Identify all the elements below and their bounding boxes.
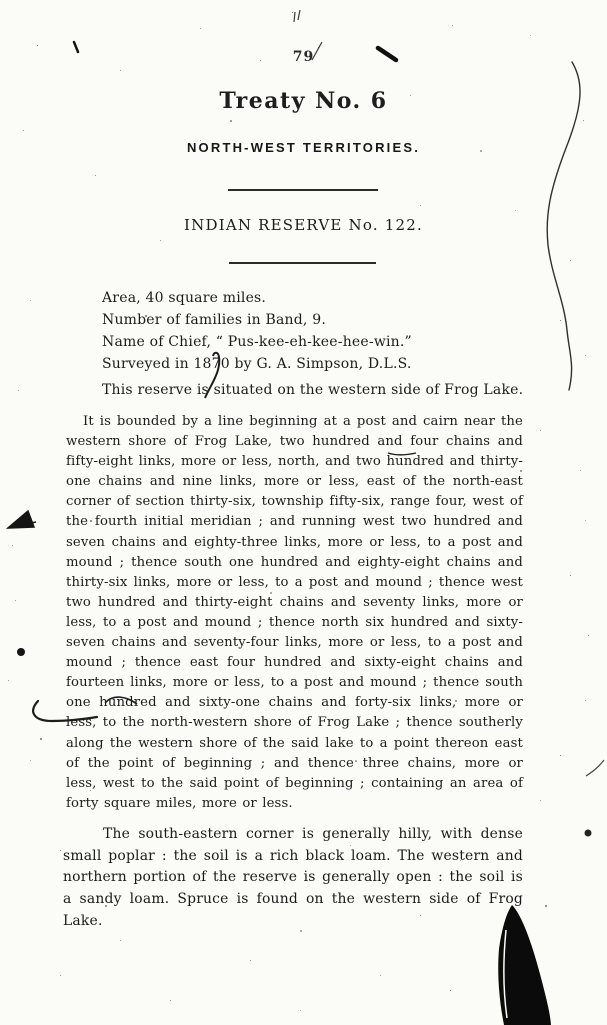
- reserve-details: Area, 40 square miles. Number of familie…: [102, 287, 412, 375]
- section-heading: INDIAN RESERVE No. 122.: [0, 216, 607, 234]
- detail-families: Number of families in Band, 9.: [102, 309, 412, 331]
- boundary-paragraph: It is bounded by a line beginning at a p…: [66, 412, 523, 814]
- detail-area: Area, 40 square miles.: [102, 287, 412, 309]
- detail-chief: Name of Chief, “ Pus-kee-eh-kee-hee-win.…: [102, 331, 412, 353]
- page-number: 79: [0, 49, 607, 65]
- detail-surveyed: Surveyed in 1870 by G. A. Simpson, D.L.S…: [102, 353, 412, 375]
- ink-blot-highlight: [504, 930, 507, 1018]
- lead-sentence: This reserve is situated on the western …: [102, 382, 523, 398]
- scanned-document-page: 79 Treaty No. 6 NORTH-WEST TERRITORIES. …: [0, 0, 607, 1025]
- horizontal-rule: [228, 189, 378, 191]
- small-ink-spot: [585, 830, 592, 837]
- margin-dot-mark: [17, 648, 25, 656]
- horizontal-rule: [229, 262, 376, 264]
- margin-triangle-mark: [8, 511, 36, 528]
- page-subtitle: NORTH-WEST TERRITORIES.: [0, 140, 607, 155]
- body-text: It is bounded by a line beginning at a p…: [66, 412, 523, 933]
- scan-noise: [0, 0, 2, 2]
- faint-curl-mark: [586, 760, 604, 776]
- tiny-pen-mark: [294, 10, 300, 22]
- description-paragraph: The south-eastern corner is generally hi…: [63, 824, 523, 933]
- page-title: Treaty No. 6: [0, 88, 607, 114]
